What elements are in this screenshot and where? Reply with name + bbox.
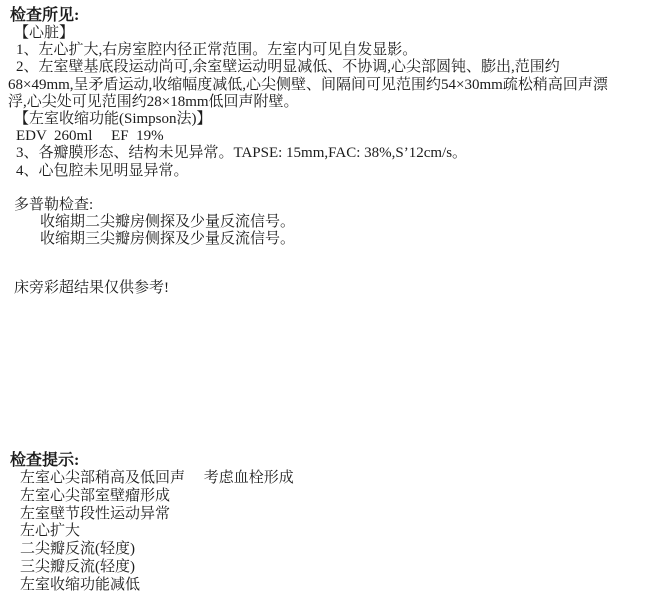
findings-heading: 检查所见:	[0, 6, 660, 25]
impression-item: 左室心尖部稍高及低回声 考虑血栓形成	[0, 470, 660, 488]
spacer	[0, 180, 660, 197]
doppler-finding-1: 收缩期二尖瓣房侧探及少量反流信号。	[0, 214, 660, 231]
impression-item: 左室心尖部室壁瘤形成	[0, 488, 660, 506]
impression-item: 三尖瓣反流(轻度)	[0, 559, 660, 577]
organ-header: 【心脏】	[0, 25, 660, 42]
doppler-finding-2: 收缩期三尖瓣房侧探及少量反流信号。	[0, 231, 660, 248]
spacer	[0, 248, 660, 265]
report-page: 检查所见: 【心脏】 1、左心扩大,右房室腔内径正常范围。左室内可见自发显影。 …	[0, 0, 660, 596]
finding-item-4: 4、心包腔未见明显异常。	[0, 163, 660, 180]
finding-item-3: 3、各瓣膜形态、结构未见异常。TAPSE: 15mm,FAC: 38%,S’12…	[0, 145, 660, 162]
impression-item: 左室壁节段性运动异常	[0, 506, 660, 524]
finding-item-2-line-3: 浮,心尖处可见范围约28×18mm低回声附壁。	[0, 94, 660, 111]
impression-item: 二尖瓣反流(轻度)	[0, 541, 660, 559]
findings-section: 检查所见: 【心脏】 1、左心扩大,右房室腔内径正常范围。左室内可见自发显影。 …	[0, 6, 660, 298]
finding-item-1: 1、左心扩大,右房室腔内径正常范围。左室内可见自发显影。	[0, 42, 660, 59]
disclaimer-text: 床旁彩超结果仅供参考!	[0, 280, 660, 297]
finding-item-2-line-2: 68×49mm,呈矛盾运动,收缩幅度减低,心尖侧壁、间隔间可见范围约54×30m…	[0, 77, 660, 94]
finding-item-2-line-1: 2、左室壁基底段运动尚可,余室壁运动明显减低、不协调,心尖部圆钝、膨出,范围约	[0, 59, 660, 76]
impression-item: 左心扩大	[0, 523, 660, 541]
simpson-header: 【左室收缩功能(Simpson法)】	[0, 111, 660, 128]
impression-item: 左室收缩功能减低	[0, 577, 660, 595]
simpson-values: EDV 260ml EF 19%	[0, 128, 660, 145]
impression-section: 检查提示: 左室心尖部稍高及低回声 考虑血栓形成 左室心尖部室壁瘤形成 左室壁节…	[0, 451, 660, 595]
doppler-heading: 多普勒检查:	[0, 197, 660, 214]
impression-heading: 检查提示:	[0, 451, 660, 470]
spacer	[0, 265, 660, 280]
